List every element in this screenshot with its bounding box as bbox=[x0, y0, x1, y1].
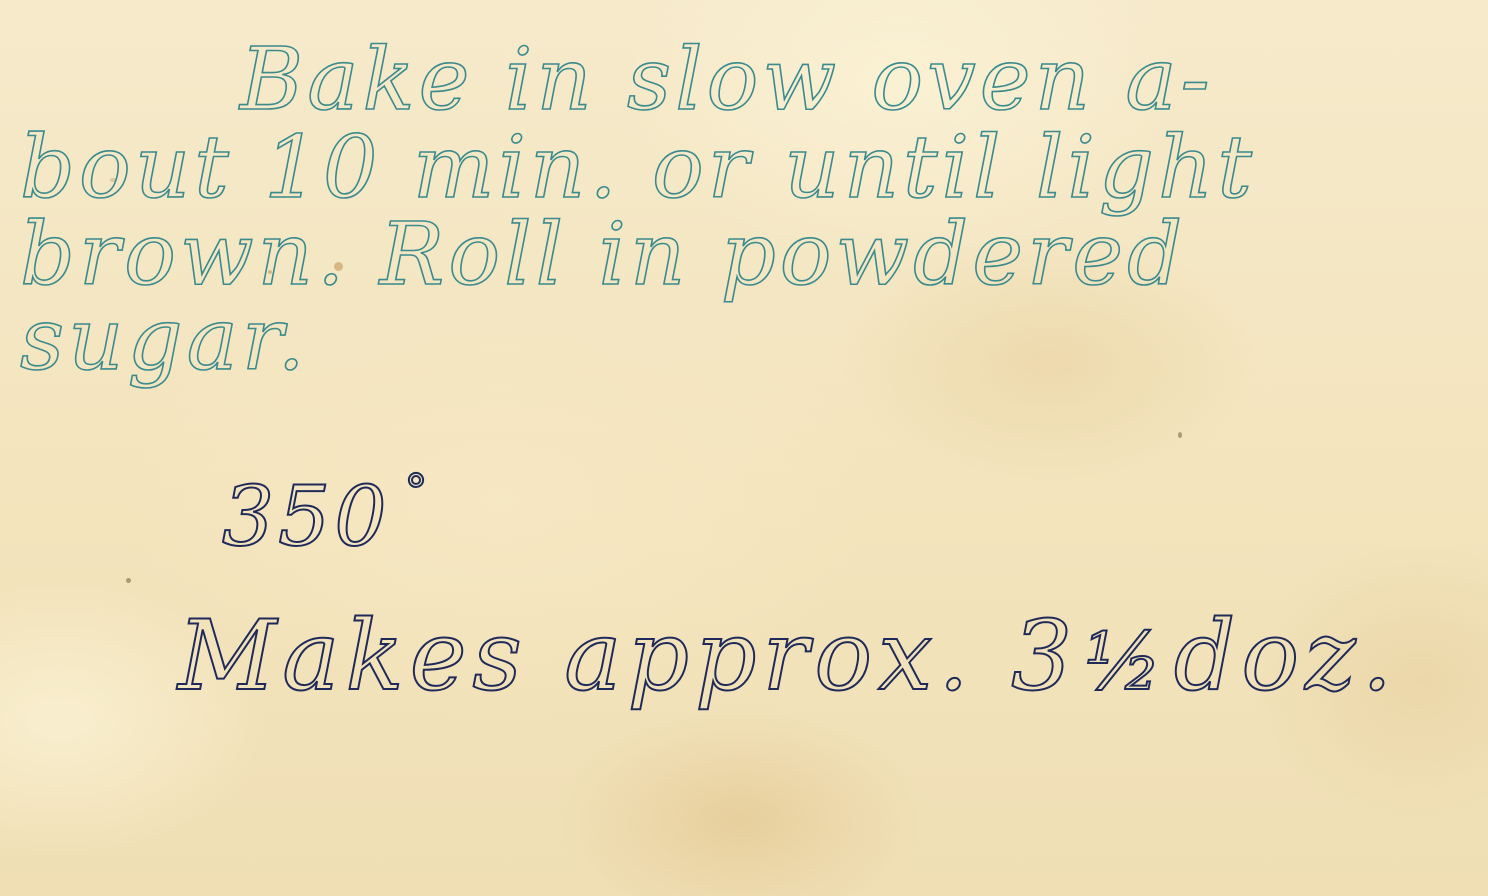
instruction-line-1: Bake in slow oven a- bbox=[240, 30, 1214, 130]
stain-speck bbox=[126, 578, 131, 583]
yield-fraction: ½ bbox=[1084, 615, 1168, 708]
degree-symbol: ° bbox=[405, 464, 432, 518]
recipe-card: Bake in slow oven a- bout 10 min. or unt… bbox=[0, 0, 1488, 896]
oven-temperature: 350° bbox=[222, 470, 432, 565]
recipe-yield: Makes approx. 3½doz. bbox=[178, 600, 1398, 712]
yield-unit: doz. bbox=[1174, 600, 1398, 712]
yield-prefix: Makes approx. bbox=[178, 600, 975, 712]
yield-whole: 3 bbox=[1011, 600, 1078, 712]
temperature-value: 350 bbox=[222, 470, 391, 565]
instruction-line-4: sugar. bbox=[20, 290, 309, 390]
stain-speck bbox=[1178, 432, 1182, 438]
instruction-line-2: bout 10 min. or until light bbox=[20, 118, 1256, 218]
